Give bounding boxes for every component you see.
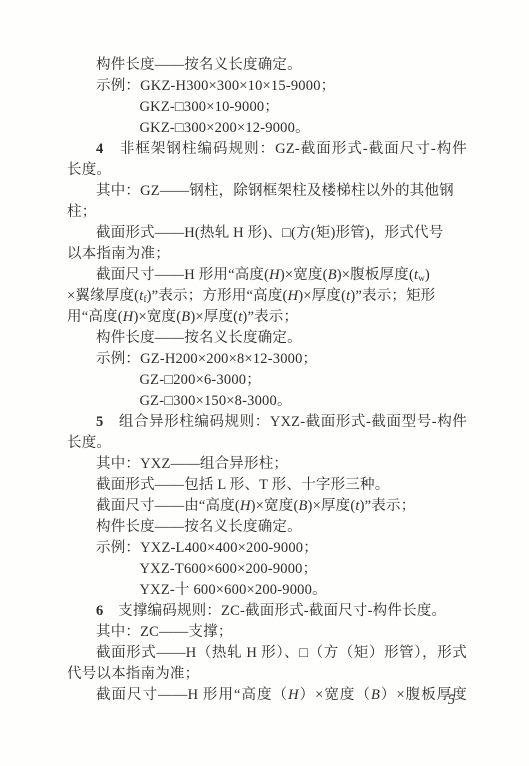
text-line: 示例：GZ-H200×200×8×12-3000； [67, 349, 467, 370]
document-page: 构件长度——按名义长度确定。示例：GKZ-H300×300×10×15-9000… [0, 0, 529, 766]
text-line: GZ-□200×6-3000； [67, 370, 467, 391]
text-line: 截面形式——H(热轧 H 形)、□(方(矩)形管)，形式代号 [67, 223, 467, 244]
text-line: 构件长度——按名义长度确定。 [67, 55, 467, 76]
text-line: 4 非框架钢柱编码规则：GZ-截面形式-截面尺寸-构件 [67, 139, 467, 160]
text-line: 6 支撑编码规则：ZC-截面形式-截面尺寸-构件长度。 [67, 601, 467, 622]
text-line: 长度。 [67, 160, 467, 181]
text-line: GKZ-□300×10-9000； [67, 97, 467, 118]
text-line: YXZ-十 600×600×200-9000。 [67, 580, 467, 601]
text-line: 截面尺寸——H 形用“高度(H)×宽度(B)×腹板厚度(tw) [67, 265, 467, 286]
text-line: 构件长度——按名义长度确定。 [67, 517, 467, 538]
text-line: 截面尺寸——由“高度(H)×宽度(B)×厚度(t)”表示； [67, 496, 467, 517]
text-line: 其中：GZ——钢柱，除钢框架柱及楼梯柱以外的其他钢柱； [67, 181, 467, 223]
text-line: 5 组合异形柱编码规则：YXZ-截面形式-截面型号-构件 [67, 412, 467, 433]
text-line: 截面形式——H（热轧 H 形）、□（方（矩）形管），形式 [67, 643, 467, 664]
text-line: 代号以本指南为准； [67, 664, 467, 685]
text-line: YXZ-T600×600×200-9000； [67, 559, 467, 580]
text-line: 以本指南为准； [67, 244, 467, 265]
document-body: 构件长度——按名义长度确定。示例：GKZ-H300×300×10×15-9000… [67, 55, 467, 706]
text-line: 其中：YXZ——组合异形柱； [67, 454, 467, 475]
text-line: 长度。 [67, 433, 467, 454]
text-line: 示例：GKZ-H300×300×10×15-9000； [67, 76, 467, 97]
page-number: 5 [67, 692, 467, 709]
text-line: GKZ-□300×200×12-9000。 [67, 118, 467, 139]
text-line: GZ-□300×150×8-3000。 [67, 391, 467, 412]
text-line: 截面形式——包括 L 形、T 形、十字形三种。 [67, 475, 467, 496]
text-line: 构件长度——按名义长度确定。 [67, 328, 467, 349]
text-line: 其中：ZC——支撑； [67, 622, 467, 643]
text-line: ×翼缘厚度(tf)”表示；方形用“高度(H)×厚度(t)”表示；矩形 [67, 286, 467, 307]
text-line: 用“高度(H)×宽度(B)×厚度(t)”表示； [67, 307, 467, 328]
text-line: 示例：YXZ-L400×400×200-9000； [67, 538, 467, 559]
